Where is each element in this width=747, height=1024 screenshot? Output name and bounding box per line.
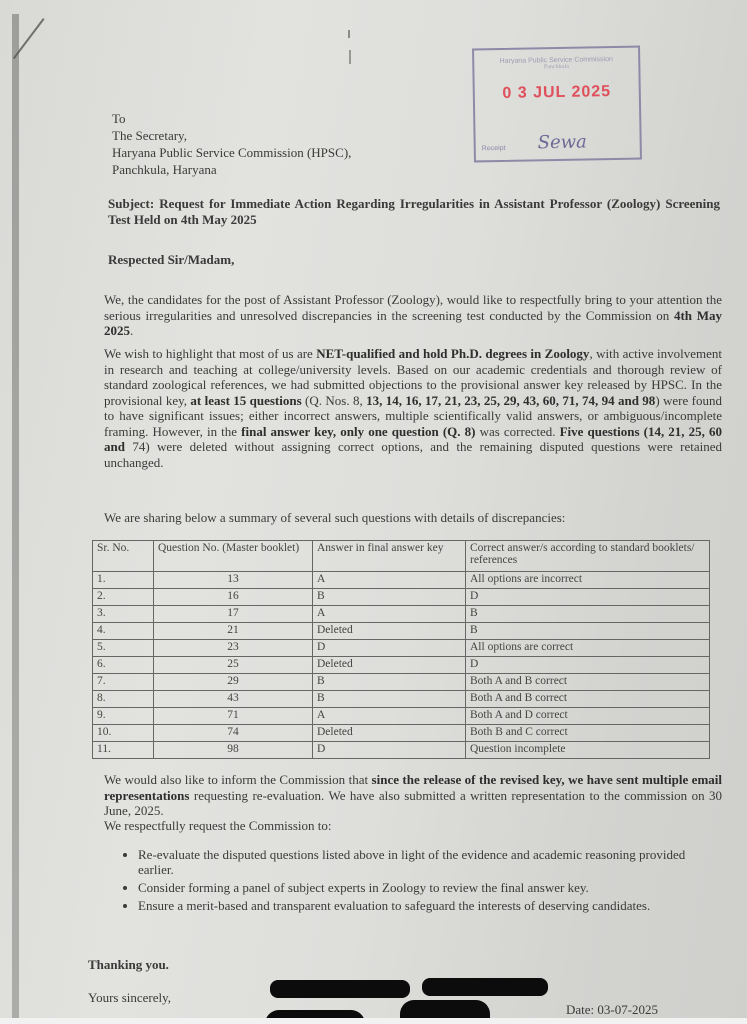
cell-sr-no: 2. — [93, 589, 154, 606]
cell-final-answer: A — [313, 572, 466, 589]
table-row: 3.17AB — [93, 606, 710, 623]
cell-final-answer: B — [313, 691, 466, 708]
cell-question-no: 74 — [154, 725, 313, 742]
cell-question-no: 29 — [154, 674, 313, 691]
request-item: Ensure a merit-based and transparent eva… — [138, 898, 698, 913]
header-correct-answer: Correct answer/s according to standard b… — [466, 541, 710, 572]
cell-final-answer: Deleted — [313, 725, 466, 742]
cell-sr-no: 3. — [93, 606, 154, 623]
letter-date: Date: 03-07-2025 — [566, 1002, 658, 1018]
cell-sr-no: 11. — [93, 742, 154, 759]
pen-dot — [349, 50, 351, 64]
table-row: 2.16BD — [93, 589, 710, 606]
paragraph-representations: We would also like to inform the Commiss… — [104, 772, 722, 819]
letter-subject: Subject: Request for Immediate Action Re… — [108, 196, 720, 228]
cell-question-no: 21 — [154, 623, 313, 640]
cell-question-no: 17 — [154, 606, 313, 623]
cell-sr-no: 4. — [93, 623, 154, 640]
cell-correct-answer: Both B and C correct — [466, 725, 710, 742]
cell-sr-no: 10. — [93, 725, 154, 742]
pen-dot — [348, 30, 350, 38]
header-question-no: Question No. (Master booklet) — [154, 541, 313, 572]
cell-sr-no: 6. — [93, 657, 154, 674]
text: requesting re-evaluation. We have also s… — [104, 788, 722, 819]
cell-question-no: 25 — [154, 657, 313, 674]
header-sr-no: Sr. No. — [93, 541, 154, 572]
request-list: Re-evaluate the disputed questions liste… — [114, 847, 698, 916]
text: We, the candidates for the post of Assis… — [104, 292, 722, 323]
table-row: 5.23DAll options are correct — [93, 640, 710, 657]
redaction-mark — [270, 980, 410, 998]
photo-edge — [0, 1018, 747, 1024]
cell-correct-answer: D — [466, 589, 710, 606]
receipt-stamp: Haryana Public Service Commission Panchk… — [472, 46, 642, 163]
request-item: Consider forming a panel of subject expe… — [138, 880, 698, 895]
cell-question-no: 23 — [154, 640, 313, 657]
text: We would also like to inform the Commiss… — [104, 772, 372, 787]
text: We wish to highlight that most of us are — [104, 346, 316, 361]
stamp-received-label: Receipt — [482, 145, 506, 152]
stamp-signature: Sewa — [537, 131, 586, 153]
cell-question-no: 98 — [154, 742, 313, 759]
cell-correct-answer: B — [466, 623, 710, 640]
discrepancy-table: Sr. No. Question No. (Master booklet) An… — [92, 540, 710, 759]
recipient-line: Panchkula, Haryana — [112, 161, 351, 178]
recipient-address: To The Secretary, Haryana Public Service… — [112, 110, 351, 178]
cell-final-answer: A — [313, 708, 466, 725]
table-row: 8.43BBoth A and B correct — [93, 691, 710, 708]
cell-correct-answer: Both A and B correct — [466, 674, 710, 691]
cell-final-answer: B — [313, 674, 466, 691]
table-row: 6.25DeletedD — [93, 657, 710, 674]
cell-correct-answer: Both A and D correct — [466, 708, 710, 725]
cell-final-answer: Deleted — [313, 623, 466, 640]
header-final-answer: Answer in final answer key — [313, 541, 466, 572]
table-header-row: Sr. No. Question No. (Master booklet) An… — [93, 541, 710, 572]
cell-question-no: 13 — [154, 572, 313, 589]
letter-page: To The Secretary, Haryana Public Service… — [0, 0, 747, 1024]
closing-thanks: Thanking you. — [88, 957, 169, 973]
page-edge-shadow — [12, 14, 19, 1024]
text: . — [130, 323, 133, 338]
bold-text: NET-qualified and hold Ph.D. degrees in … — [316, 346, 589, 361]
cell-final-answer: B — [313, 589, 466, 606]
table-row: 7.29BBoth A and B correct — [93, 674, 710, 691]
table-row: 9.71ABoth A and D correct — [93, 708, 710, 725]
table-row: 1.13AAll options are incorrect — [93, 572, 710, 589]
cell-final-answer: D — [313, 640, 466, 657]
text: 74) were deleted without assigning corre… — [104, 439, 722, 470]
salutation: Respected Sir/Madam, — [108, 252, 234, 268]
cell-sr-no: 7. — [93, 674, 154, 691]
recipient-line: Haryana Public Service Commission (HPSC)… — [112, 144, 351, 161]
cell-correct-answer: All options are incorrect — [466, 572, 710, 589]
cell-correct-answer: All options are correct — [466, 640, 710, 657]
cell-sr-no: 5. — [93, 640, 154, 657]
cell-correct-answer: Question incomplete — [466, 742, 710, 759]
text: was corrected. — [475, 424, 559, 439]
cell-question-no: 43 — [154, 691, 313, 708]
paragraph-table-intro: We are sharing below a summary of severa… — [104, 510, 722, 526]
cell-correct-answer: B — [466, 606, 710, 623]
redaction-mark — [422, 978, 548, 996]
paragraph-intro: We, the candidates for the post of Assis… — [104, 292, 722, 339]
cell-final-answer: Deleted — [313, 657, 466, 674]
text: (Q. Nos. 8, — [302, 393, 366, 408]
table-row: 11.98DQuestion incomplete — [93, 742, 710, 759]
cell-question-no: 16 — [154, 589, 313, 606]
cell-correct-answer: Both A and B correct — [466, 691, 710, 708]
recipient-line: The Secretary, — [112, 127, 351, 144]
stamp-date: 0 3 JUL 2025 — [475, 83, 639, 104]
bold-text: at least 15 questions — [190, 393, 301, 408]
closing-yours: Yours sincerely, — [88, 990, 171, 1006]
bold-text: final answer key, only one question (Q. … — [241, 424, 475, 439]
request-item: Re-evaluate the disputed questions liste… — [138, 847, 698, 877]
paragraph-request-intro: We respectfully request the Commission t… — [104, 818, 722, 834]
table-row: 4.21DeletedB — [93, 623, 710, 640]
to-label: To — [112, 110, 351, 127]
cell-sr-no: 8. — [93, 691, 154, 708]
cell-final-answer: D — [313, 742, 466, 759]
cell-final-answer: A — [313, 606, 466, 623]
cell-sr-no: 9. — [93, 708, 154, 725]
paragraph-details: We wish to highlight that most of us are… — [104, 346, 722, 470]
bold-text: 13, 14, 16, 17, 21, 23, 25, 29, 43, 60, … — [366, 393, 655, 408]
table-row: 10.74DeletedBoth B and C correct — [93, 725, 710, 742]
cell-question-no: 71 — [154, 708, 313, 725]
cell-correct-answer: D — [466, 657, 710, 674]
cell-sr-no: 1. — [93, 572, 154, 589]
